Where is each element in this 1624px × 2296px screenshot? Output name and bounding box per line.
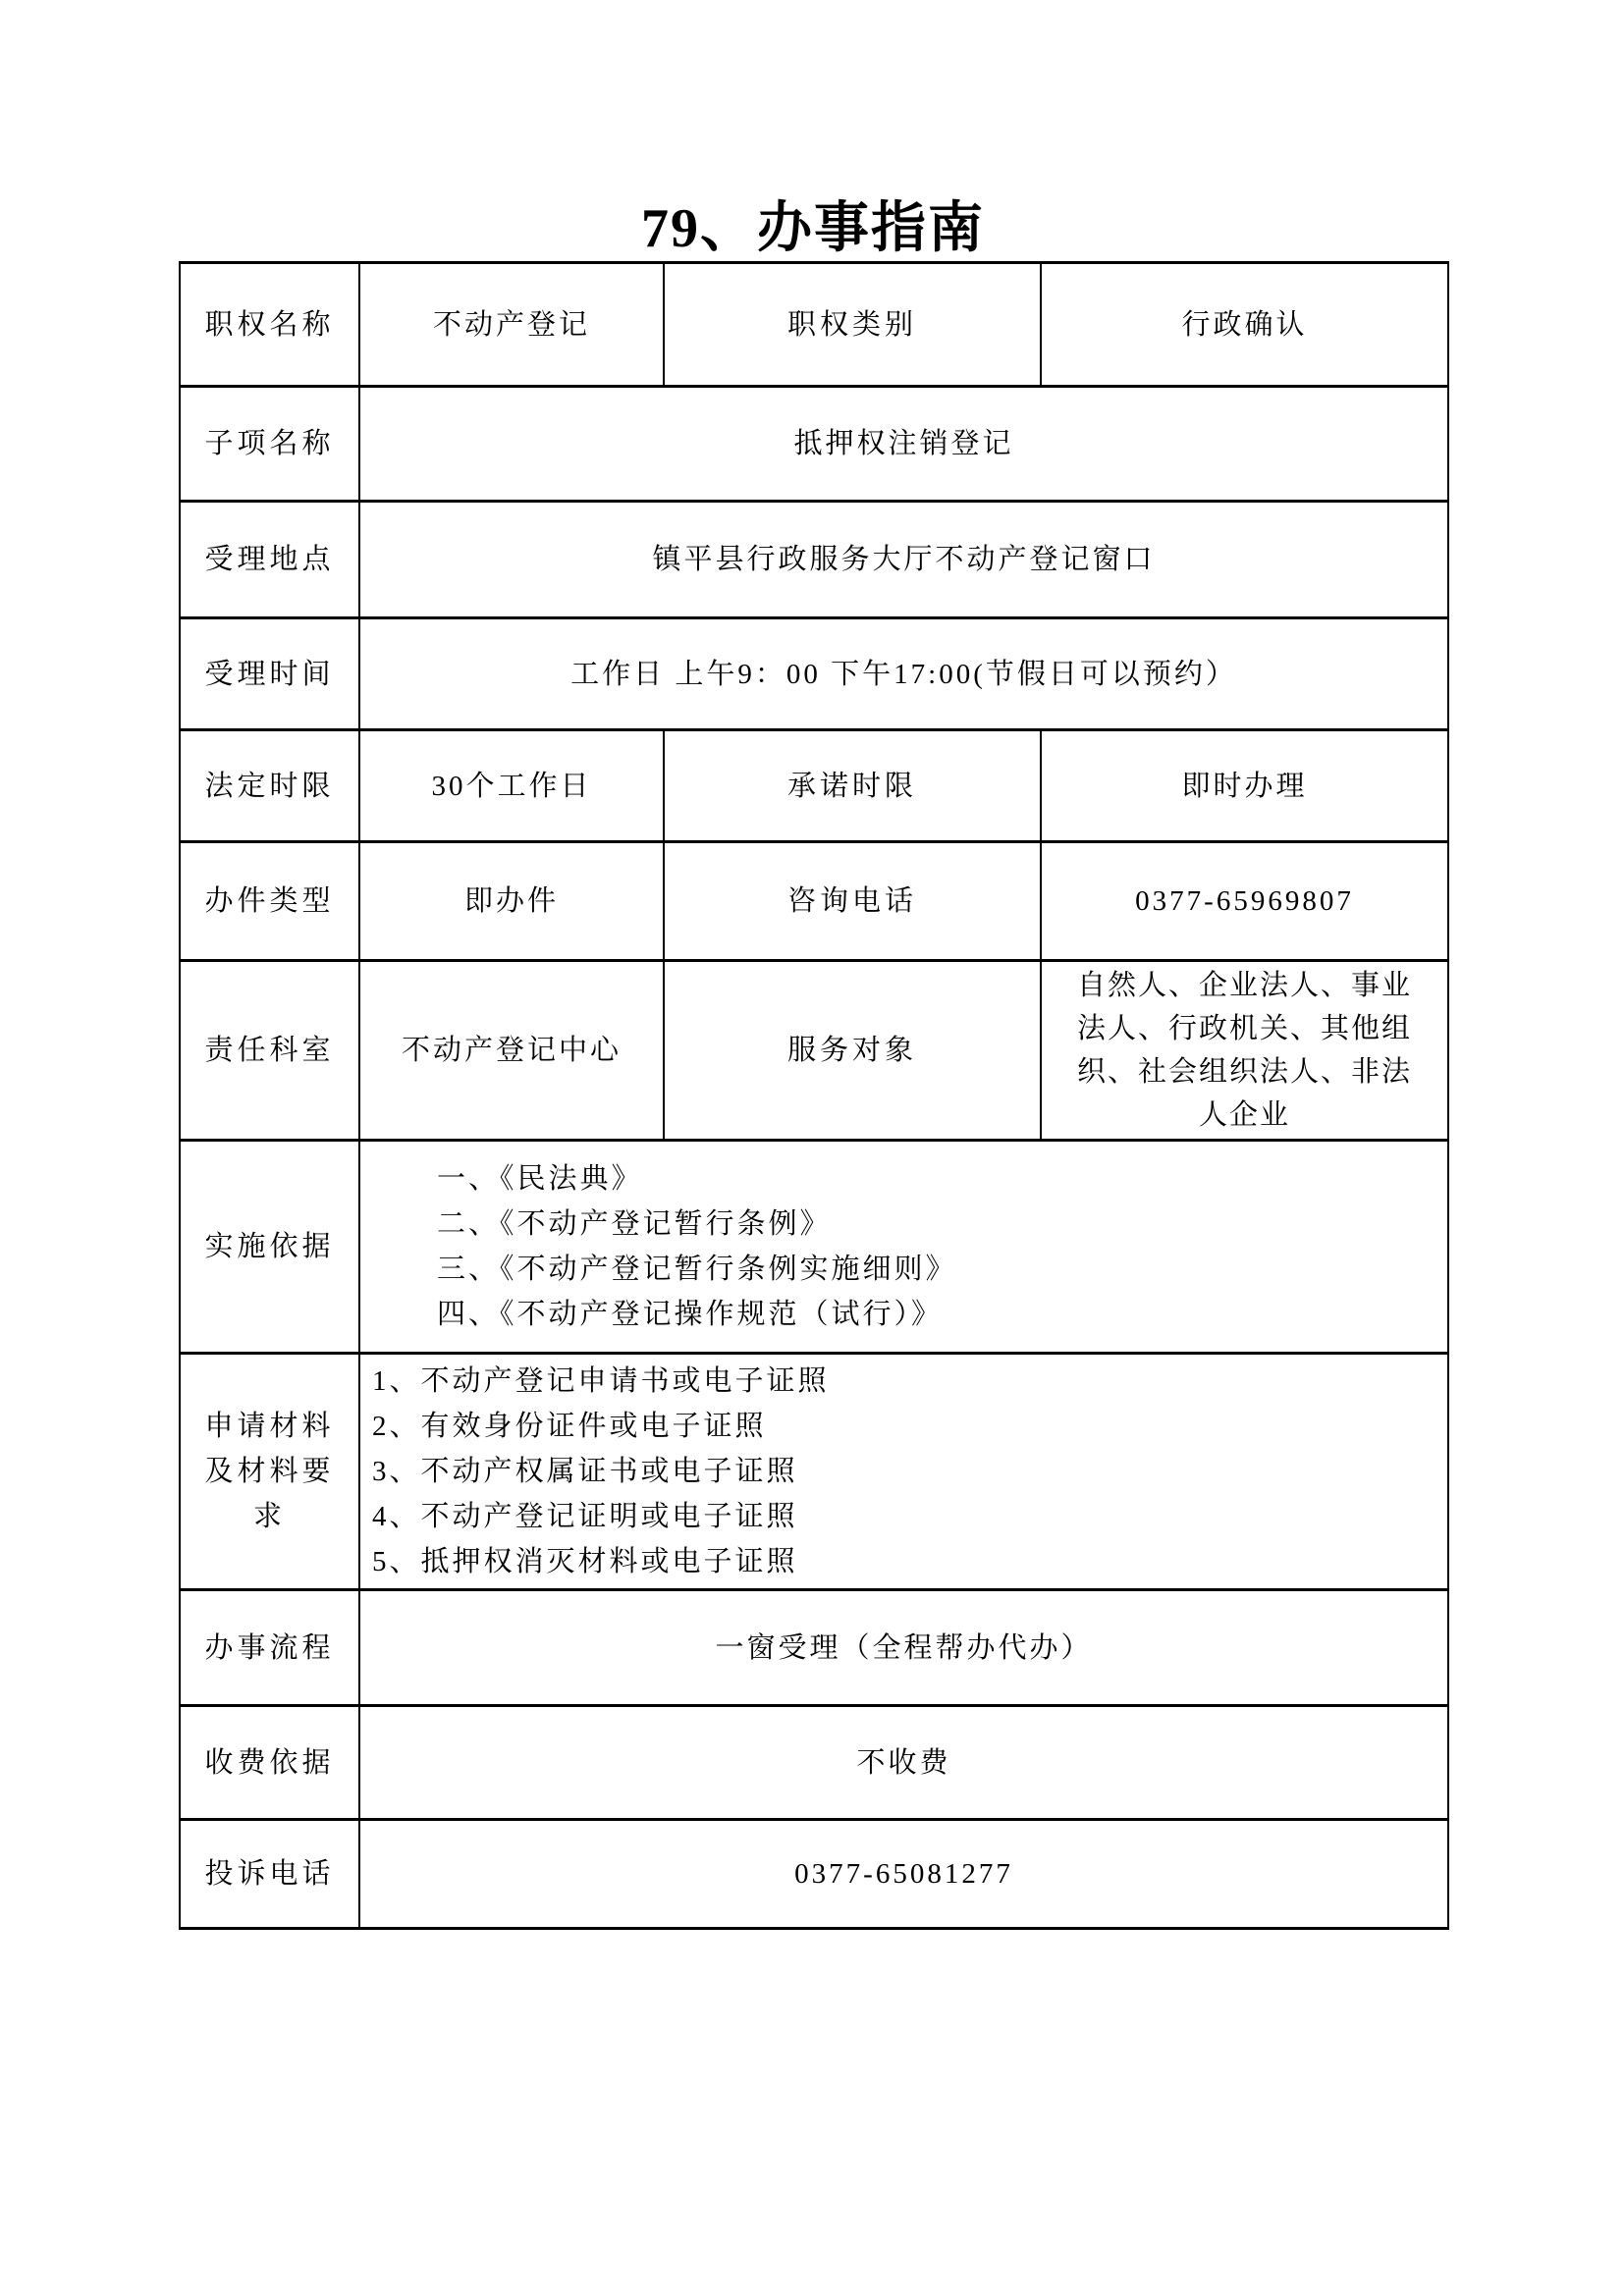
cell-value: 即办件 xyxy=(359,842,664,961)
table-row-application-materials: 申请材料及材料要求 1、不动产登记申请书或电子证照 2、有效身份证件或电子证照 … xyxy=(180,1354,1448,1590)
row-label: 受理时间 xyxy=(180,618,359,730)
cell-value-service-targets: 自然人、企业法人、事业法人、行政机关、其他组织、社会组织法人、非法人企业 xyxy=(1041,961,1448,1141)
cell-value: 不动产登记 xyxy=(359,263,664,387)
cell-value-phone: 0377-65081277 xyxy=(359,1820,1448,1929)
row-label: 收费依据 xyxy=(180,1706,359,1820)
list-item: 三、《不动产登记暂行条例实施细则》 xyxy=(437,1247,1437,1292)
row-label: 投诉电话 xyxy=(180,1820,359,1929)
row-label: 法定时限 xyxy=(180,730,359,842)
row-label: 子项名称 xyxy=(180,387,359,502)
list-item: 3、不动产权属证书或电子证照 xyxy=(372,1449,1437,1494)
table-row-accept-location: 受理地点 镇平县行政服务大厅不动产登记窗口 xyxy=(180,502,1448,618)
row-label: 承诺时限 xyxy=(664,730,1041,842)
list-item: 二、《不动产登记暂行条例》 xyxy=(437,1201,1437,1247)
materials-list: 1、不动产登记申请书或电子证照 2、有效身份证件或电子证照 3、不动产权属证书或… xyxy=(359,1354,1448,1590)
row-label: 受理地点 xyxy=(180,502,359,618)
table-row-implementation-basis: 实施依据 一、《民法典》 二、《不动产登记暂行条例》 三、《不动产登记暂行条例实… xyxy=(180,1141,1448,1354)
table-row-complaint-phone: 投诉电话 0377-65081277 xyxy=(180,1820,1448,1929)
cell-value: 不动产登记中心 xyxy=(359,961,664,1141)
service-guide-table: 职权名称 不动产登记 职权类别 行政确认 子项名称 抵押权注销登记 受理地点 镇… xyxy=(179,261,1449,1930)
table-row-accept-time: 受理时间 工作日 上午9：00 下午17:00(节假日可以预约） xyxy=(180,618,1448,730)
row-label: 办件类型 xyxy=(180,842,359,961)
cell-value: 镇平县行政服务大厅不动产登记窗口 xyxy=(359,502,1448,618)
list-item: 2、有效身份证件或电子证照 xyxy=(372,1404,1437,1449)
table-row-process: 办事流程 一窗受理（全程帮办代办） xyxy=(180,1590,1448,1706)
row-label: 职权类别 xyxy=(664,263,1041,387)
cell-value: 工作日 上午9：00 下午17:00(节假日可以预约） xyxy=(359,618,1448,730)
row-label: 办事流程 xyxy=(180,1590,359,1706)
cell-value-phone: 0377-65969807 xyxy=(1041,842,1448,961)
cell-value: 即时办理 xyxy=(1041,730,1448,842)
cell-value: 抵押权注销登记 xyxy=(359,387,1448,502)
row-label: 咨询电话 xyxy=(664,842,1041,961)
list-item: 5、抵押权消灭材料或电子证照 xyxy=(372,1539,1437,1584)
list-item: 四、《不动产登记操作规范（试行）》 xyxy=(437,1292,1437,1337)
list-item: 4、不动产登记证明或电子证照 xyxy=(372,1494,1437,1539)
table-row-legal-time-limit: 法定时限 30个工作日 承诺时限 即时办理 xyxy=(180,730,1448,842)
table-row-responsible-office: 责任科室 不动产登记中心 服务对象 自然人、企业法人、事业法人、行政机关、其他组… xyxy=(180,961,1448,1141)
document-page: 79、办事指南 职权名称 不动产登记 职权类别 行政确认 子项名称 抵押权注销登… xyxy=(0,0,1624,1930)
list-item: 1、不动产登记申请书或电子证照 xyxy=(372,1359,1437,1404)
page-title: 79、办事指南 xyxy=(179,201,1447,256)
row-label: 实施依据 xyxy=(180,1141,359,1354)
row-label: 申请材料及材料要求 xyxy=(180,1354,359,1590)
row-label: 职权名称 xyxy=(180,263,359,387)
table-row-authority-name: 职权名称 不动产登记 职权类别 行政确认 xyxy=(180,263,1448,387)
row-label: 责任科室 xyxy=(180,961,359,1141)
list-item: 一、《民法典》 xyxy=(437,1156,1437,1201)
table-row-processing-type: 办件类型 即办件 咨询电话 0377-65969807 xyxy=(180,842,1448,961)
cell-value: 30个工作日 xyxy=(359,730,664,842)
cell-value: 不收费 xyxy=(359,1706,1448,1820)
row-label: 服务对象 xyxy=(664,961,1041,1141)
cell-value: 一窗受理（全程帮办代办） xyxy=(359,1590,1448,1706)
legal-basis-list: 一、《民法典》 二、《不动产登记暂行条例》 三、《不动产登记暂行条例实施细则》 … xyxy=(359,1141,1448,1354)
cell-value: 行政确认 xyxy=(1041,263,1448,387)
table-row-subitem-name: 子项名称 抵押权注销登记 xyxy=(180,387,1448,502)
table-row-fee-basis: 收费依据 不收费 xyxy=(180,1706,1448,1820)
